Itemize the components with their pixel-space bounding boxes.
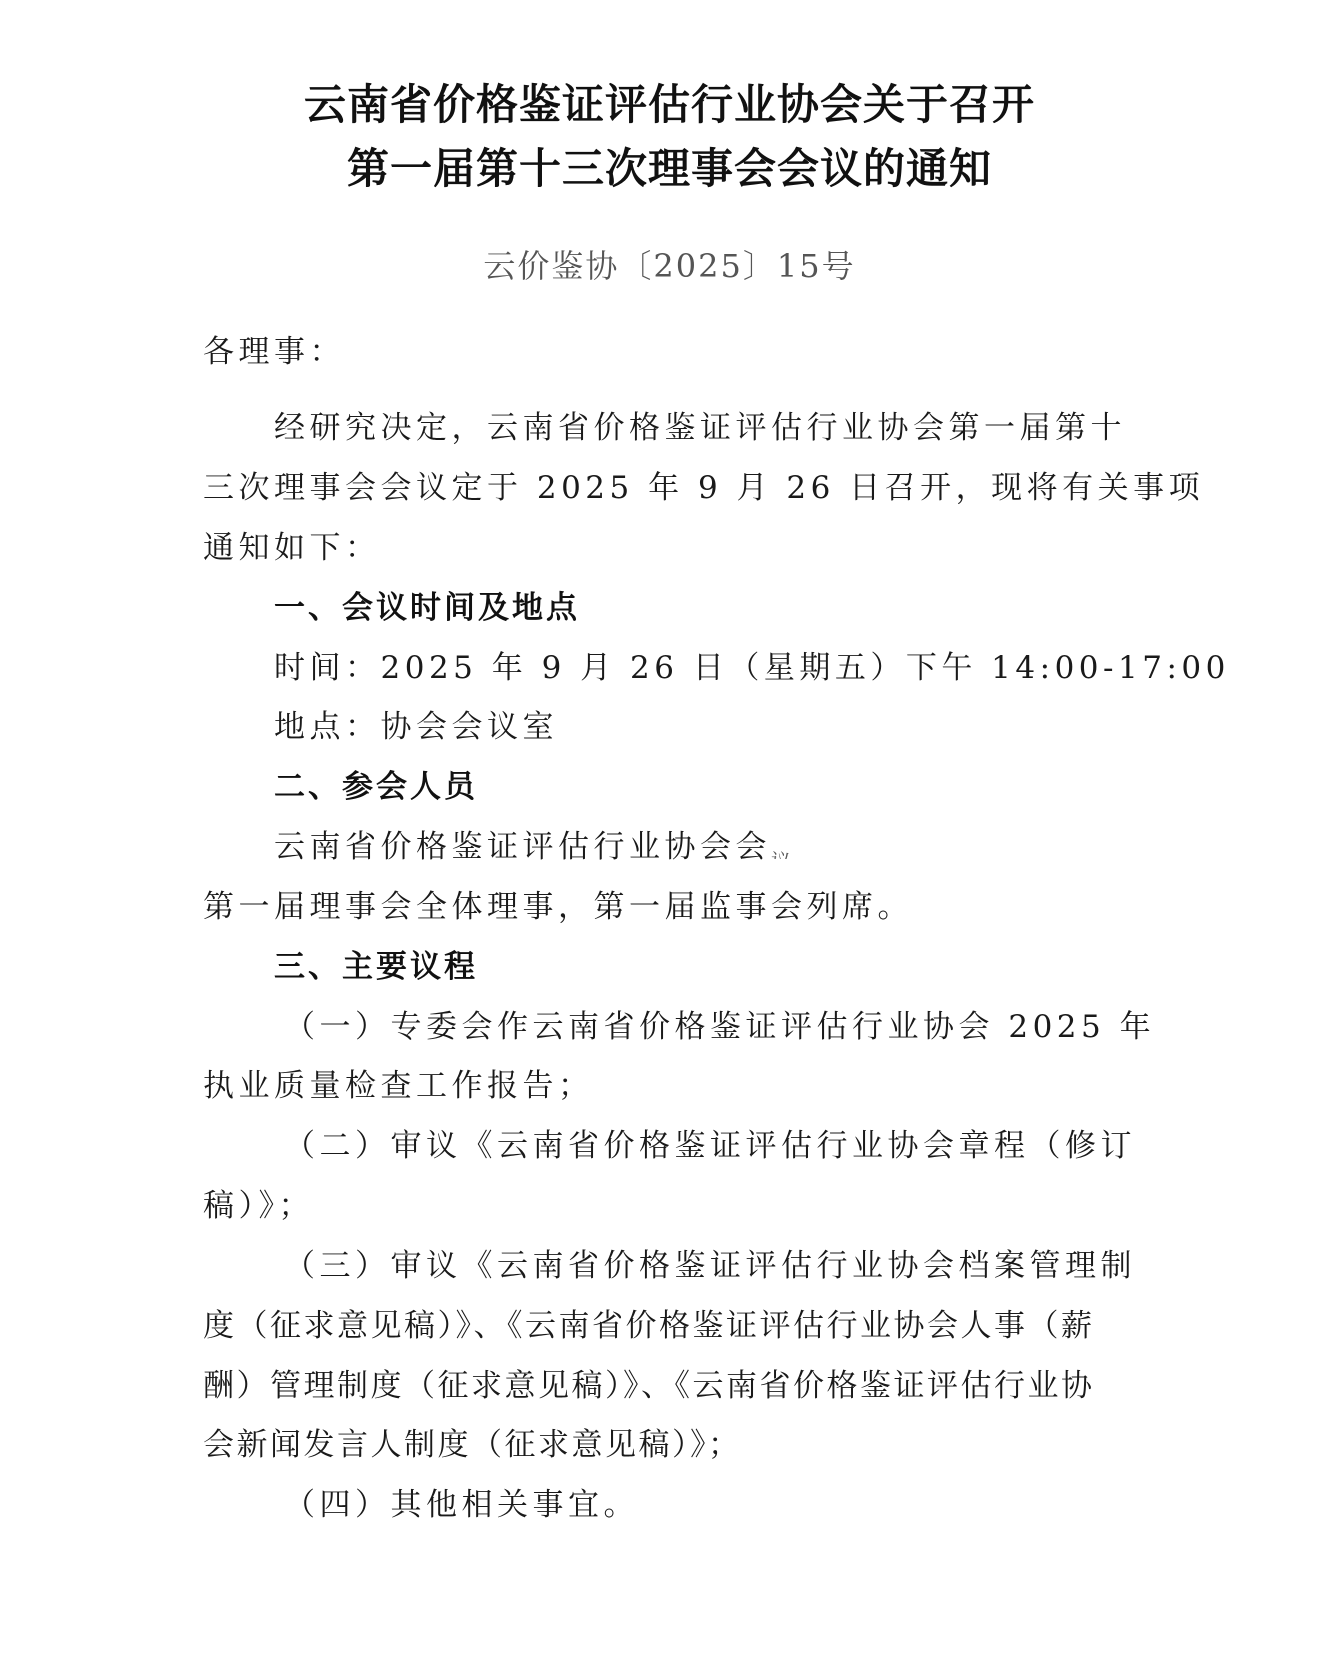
agenda-item-3-line-4: 会新闻发言人制度（征求意见稿）》； bbox=[203, 1425, 742, 1465]
meeting-location: 地点：协会会议室 bbox=[274, 707, 558, 747]
salutation: 各理事： bbox=[203, 332, 345, 372]
agenda-item-3-line-2: 度（征求意见稿）》、《云南省价格鉴证评估行业协会人事（薪 bbox=[203, 1306, 1095, 1346]
attendees-line-1: 云南省价格鉴证评估行业协会会议 bbox=[274, 827, 791, 867]
document-page: 云南省价格鉴证评估行业协会关于召开 第一届第十三次理事会会议的通知 云价鉴协〔2… bbox=[0, 0, 1339, 1658]
document-title-line-1: 云南省价格鉴证评估行业协会关于召开 bbox=[0, 72, 1339, 132]
agenda-item-4: （四）其他相关事宜。 bbox=[284, 1485, 639, 1525]
section-heading-attendees: 二、参会人员 bbox=[274, 767, 478, 807]
document-title-line-2: 第一届第十三次理事会会议的通知 bbox=[0, 136, 1339, 196]
document-number: 云价鉴协〔2025〕15号 bbox=[0, 241, 1339, 287]
agenda-item-2-line-2: 稿）》； bbox=[203, 1186, 314, 1226]
section-heading-agenda: 三、主要议程 bbox=[274, 947, 478, 987]
attendees-line-2: 第一届理事会全体理事，第一届监事会列席。 bbox=[203, 887, 913, 927]
truncated-glyph: 议 bbox=[771, 841, 791, 859]
agenda-item-3-line-1: （三）审议《云南省价格鉴证评估行业协会档案管理制 bbox=[284, 1246, 1136, 1286]
agenda-item-3-line-3: 酬）管理制度（征求意见稿）》、《云南省价格鉴证评估行业协 bbox=[203, 1366, 1095, 1406]
intro-line-1: 经研究决定，云南省价格鉴证评估行业协会第一届第十 bbox=[274, 408, 1126, 448]
section-heading-time-location: 一、会议时间及地点 bbox=[274, 588, 580, 628]
attendees-line-1-text: 云南省价格鉴证评估行业协会会 bbox=[274, 829, 771, 865]
agenda-item-2-line-1: （二）审议《云南省价格鉴证评估行业协会章程（修订 bbox=[284, 1126, 1136, 1166]
meeting-time: 时间：2025 年 9 月 26 日（星期五）下午 14:00-17:00 bbox=[274, 648, 1230, 688]
agenda-item-1-line-1: （一）专委会作云南省价格鉴证评估行业协会 2025 年 bbox=[284, 1007, 1155, 1047]
intro-line-2: 三次理事会会议定于 2025 年 9 月 26 日召开，现将有关事项 bbox=[203, 468, 1204, 508]
intro-line-3: 通知如下： bbox=[203, 528, 381, 568]
agenda-item-1-line-2: 执业质量检查工作报告； bbox=[203, 1066, 594, 1106]
